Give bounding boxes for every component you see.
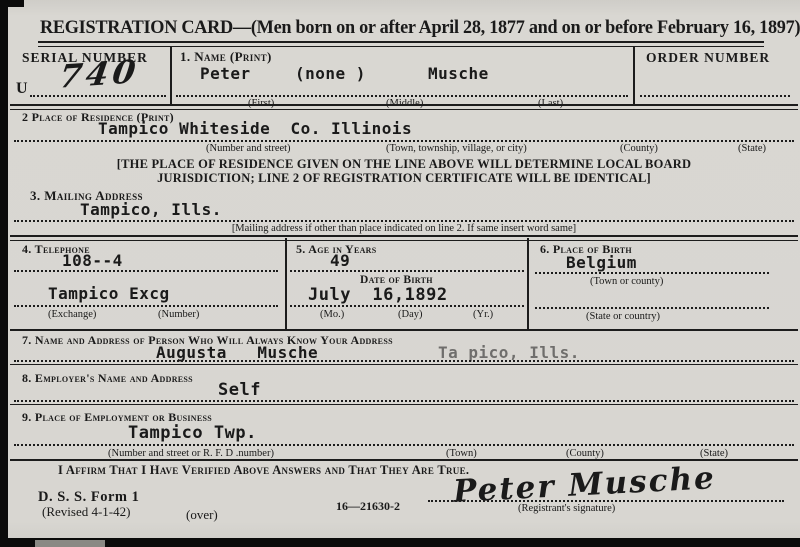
section-divider-2: [10, 235, 798, 241]
dob-sub-mo: (Mo.): [320, 309, 344, 320]
over-note: (over): [186, 507, 218, 523]
notice-line-1: [THE PLACE OF RESIDENCE GIVEN ON THE LIN…: [8, 157, 800, 172]
dob-sub-yr: (Yr.): [473, 309, 493, 320]
mailing-value: Tampico, Ills.: [80, 200, 222, 219]
name-dotted-line: [176, 95, 628, 97]
scan-edge-left: [0, 0, 8, 547]
mailing-dotted-line: [14, 220, 794, 222]
residence-sub-county: (County): [620, 143, 658, 154]
employment-dotted-line: [14, 444, 794, 446]
header-underline: [38, 41, 764, 47]
residence-value: Tampico Whiteside Co. Illinois: [98, 119, 412, 138]
telephone-dotted-1: [14, 270, 278, 272]
employment-sub-town: (Town): [446, 448, 477, 459]
card-title: REGISTRATION CARD—(Men born on or after …: [40, 17, 800, 39]
birth-value: Belgium: [566, 253, 637, 272]
scan-bottom-notch: [35, 540, 105, 547]
name-middle-value: (none ): [295, 64, 366, 83]
notice-line-2: JURISDICTION; LINE 2 OF REGISTRATION CER…: [8, 171, 800, 186]
divider-tel-age: [285, 238, 287, 330]
employer-label: 8. Employer's Name and Address: [22, 371, 193, 386]
mailing-sub: [Mailing address if other than place ind…: [8, 223, 800, 234]
telephone-number-value: 108--4: [62, 251, 123, 270]
card-background: REGISTRATION CARD—(Men born on or after …: [8, 0, 800, 538]
affirmation-text: I Affirm That I Have Verified Above Answ…: [58, 463, 469, 478]
birth-dotted-2: [535, 307, 769, 309]
residence-sub-street: (Number and street): [206, 143, 291, 154]
employment-value: Tampico Twp.: [128, 423, 257, 443]
telephone-sub-exchange: (Exchange): [48, 309, 96, 320]
contact-dotted-line: [14, 360, 794, 362]
telephone-exchange-value: Tampico Excg: [48, 284, 170, 303]
divider-name-order: [633, 46, 635, 104]
residence-sub-state: (State): [738, 143, 766, 154]
section-divider-6: [10, 459, 798, 461]
telephone-sub-number: (Number): [158, 309, 199, 320]
section-divider-5: [10, 404, 798, 405]
name-first-value: Peter: [200, 64, 251, 83]
print-code: 16—21630-2: [336, 499, 400, 514]
registration-card-scan: { "header": { "title": "REGISTRATION CAR…: [0, 0, 800, 547]
residence-sub-town: (Town, township, village, or city): [386, 143, 527, 154]
name-label: 1. Name (Print): [180, 49, 272, 65]
age-value: 49: [330, 251, 350, 270]
birth-sub-town: (Town or county): [590, 276, 663, 287]
scan-corner-mark: [0, 0, 24, 7]
order-dotted-line: [640, 95, 790, 97]
divider-age-birth: [527, 238, 529, 330]
telephone-dotted-2: [14, 305, 278, 307]
serial-number-handwritten: 740: [57, 52, 142, 95]
section-divider-3: [10, 329, 798, 331]
signature-dotted-line: [428, 500, 784, 502]
serial-dotted-line: [30, 95, 166, 97]
section-divider-4: [10, 364, 798, 365]
birth-sub-state: (State or country): [586, 311, 660, 322]
signature-sub-label: (Registrant's signature): [518, 503, 615, 514]
employment-sub-street: (Number and street or R. F. D .number): [108, 448, 274, 459]
order-number-label: ORDER NUMBER: [646, 50, 770, 66]
dob-sub-day: (Day): [398, 309, 423, 320]
employer-value: Self: [218, 380, 261, 400]
age-dotted-2: [290, 305, 524, 307]
birth-dotted-1: [535, 272, 769, 274]
form-revision: (Revised 4-1-42): [42, 504, 130, 520]
age-dotted-1: [290, 270, 524, 272]
dob-value: July 16,1892: [308, 285, 448, 305]
employment-sub-state: (State): [700, 448, 728, 459]
divider-serial-name: [170, 46, 172, 104]
serial-prefix: U: [16, 80, 28, 98]
name-last-value: Musche: [428, 64, 489, 83]
employer-dotted-line: [14, 400, 794, 402]
scan-edge-bottom: [0, 538, 800, 547]
residence-dotted-line: [14, 140, 794, 142]
employment-sub-county: (County): [566, 448, 604, 459]
